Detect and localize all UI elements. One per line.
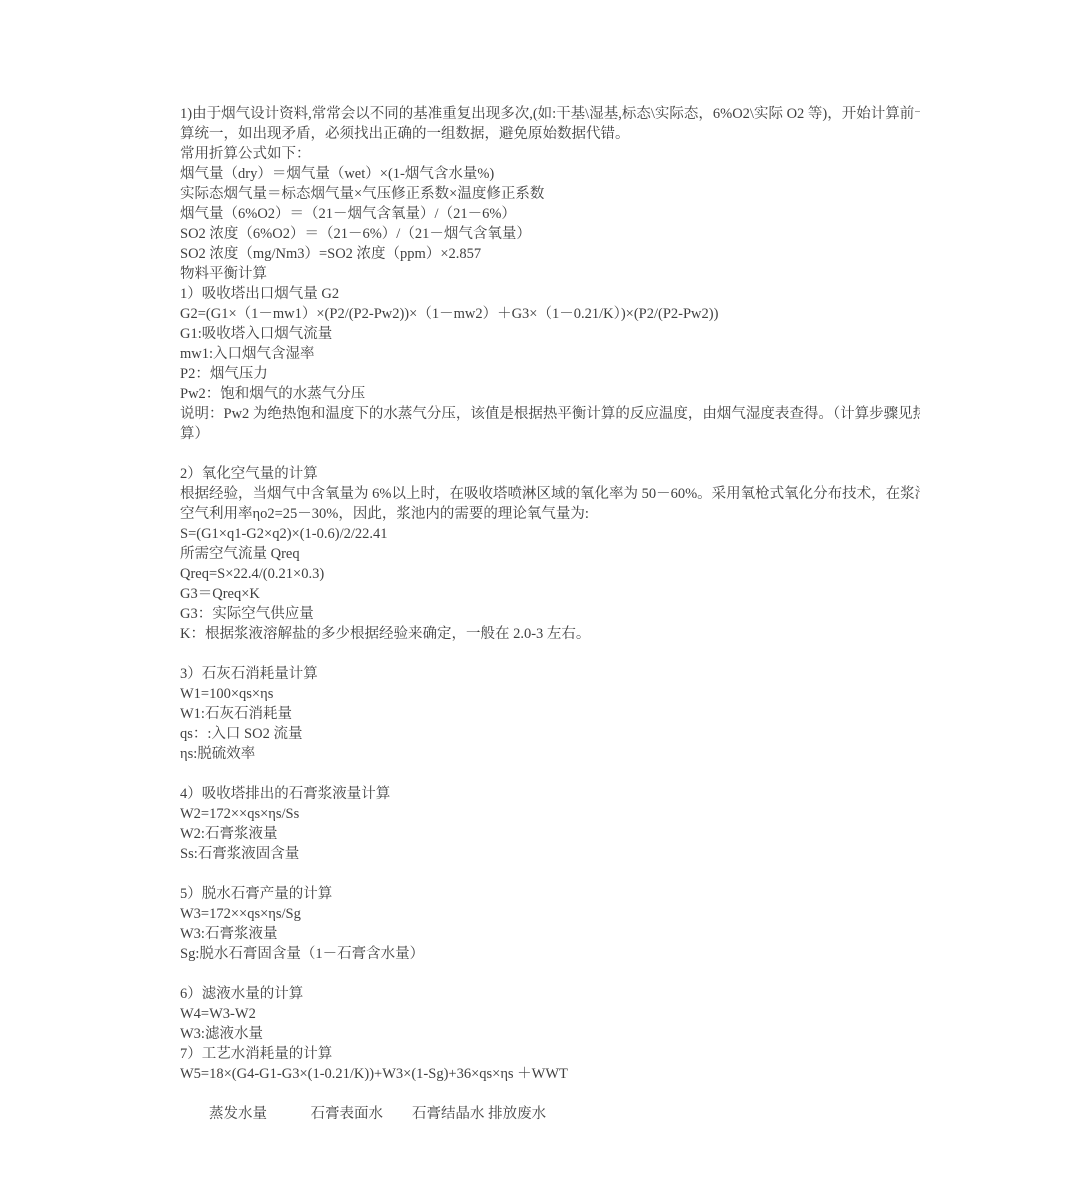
text-line: 算统一，如出现矛盾，必须找出正确的一组数据，避免原始数据代错。: [180, 124, 920, 144]
text-line: 常用折算公式如下：: [180, 144, 920, 164]
text-line: 2）氧化空气量的计算: [180, 464, 920, 484]
blank-line: [180, 644, 920, 664]
text-line: qs：:入口 SO2 流量: [180, 724, 920, 744]
text-line: Pw2：饱和烟气的水蒸气分压: [180, 384, 920, 404]
text-line: W3:滤液水量: [180, 1024, 920, 1044]
text-line: 实际态烟气量＝标态烟气量×气压修正系数×温度修正系数: [180, 184, 920, 204]
text-line: 所需空气流量 Qreq: [180, 544, 920, 564]
text-line: P2：烟气压力: [180, 364, 920, 384]
text-line: G2=(G1×（1－mw1）×(P2/(P2-Pw2))×（1－mw2）＋G3×…: [180, 304, 920, 324]
text-line: 空气利用率ηo2=25－30%，因此，浆池内的需要的理论氧气量为:: [180, 504, 920, 524]
text-line: 蒸发水量 石膏表面水 石膏结晶水 排放废水: [180, 1104, 920, 1124]
blank-line: [180, 444, 920, 464]
text-line: ηs:脱硫效率: [180, 744, 920, 764]
text-line: W2=172××qs×ηs/Ss: [180, 804, 920, 824]
blank-line: [180, 1084, 920, 1104]
text-line: W5=18×(G4-G1-G3×(1-0.21/K))+W3×(1-Sg)+36…: [180, 1064, 920, 1084]
text-line: 6）滤液水量的计算: [180, 984, 920, 1004]
text-line: W1=100×qs×ηs: [180, 684, 920, 704]
blank-line: [180, 864, 920, 884]
text-line: G1:吸收塔入口烟气流量: [180, 324, 920, 344]
text-line: 1）吸收塔出口烟气量 G2: [180, 284, 920, 304]
text-line: 3）石灰石消耗量计算: [180, 664, 920, 684]
blank-line: [180, 964, 920, 984]
document-text-block: 1)由于烟气设计资料,常常会以不同的基准重复出现多次,(如:干基\湿基,标态\实…: [180, 104, 920, 1124]
text-line: W3:石膏浆液量: [180, 924, 920, 944]
text-line: 根据经验，当烟气中含氧量为 6%以上时，在吸收塔喷淋区域的氧化率为 50－60%…: [180, 484, 920, 504]
text-line: Ss:石膏浆液固含量: [180, 844, 920, 864]
text-line: 烟气量（6%O2）＝（21－烟气含氧量）/（21－6%）: [180, 204, 920, 224]
text-line: K：根据浆液溶解盐的多少根据经验来确定，一般在 2.0-3 左右。: [180, 624, 920, 644]
text-line: 算）: [180, 424, 920, 444]
text-line: 物料平衡计算: [180, 264, 920, 284]
text-line: 7）工艺水消耗量的计算: [180, 1044, 920, 1064]
text-line: G3：实际空气供应量: [180, 604, 920, 624]
text-line: Sg:脱水石膏固含量（1－石膏含水量）: [180, 944, 920, 964]
text-line: 烟气量（dry）＝烟气量（wet）×(1-烟气含水量%): [180, 164, 920, 184]
text-line: 1)由于烟气设计资料,常常会以不同的基准重复出现多次,(如:干基\湿基,标态\实…: [180, 104, 920, 124]
blank-line: [180, 764, 920, 784]
text-line: W2:石膏浆液量: [180, 824, 920, 844]
document-page: 1)由于烟气设计资料,常常会以不同的基准重复出现多次,(如:干基\湿基,标态\实…: [0, 0, 1080, 1177]
text-line: G3＝Qreq×K: [180, 584, 920, 604]
text-line: W1:石灰石消耗量: [180, 704, 920, 724]
text-line: SO2 浓度（mg/Nm3）=SO2 浓度（ppm）×2.857: [180, 244, 920, 264]
text-line: 说明：Pw2 为绝热饱和温度下的水蒸气分压，该值是根据热平衡计算的反应温度，由烟…: [180, 404, 920, 424]
text-line: SO2 浓度（6%O2）＝（21－6%）/（21－烟气含氧量）: [180, 224, 920, 244]
text-line: mw1:入口烟气含湿率: [180, 344, 920, 364]
text-line: S=(G1×q1-G2×q2)×(1-0.6)/2/22.41: [180, 524, 920, 544]
text-line: W4=W3-W2: [180, 1004, 920, 1024]
text-line: 5）脱水石膏产量的计算: [180, 884, 920, 904]
text-line: 4）吸收塔排出的石膏浆液量计算: [180, 784, 920, 804]
text-line: Qreq=S×22.4/(0.21×0.3): [180, 564, 920, 584]
text-line: W3=172××qs×ηs/Sg: [180, 904, 920, 924]
